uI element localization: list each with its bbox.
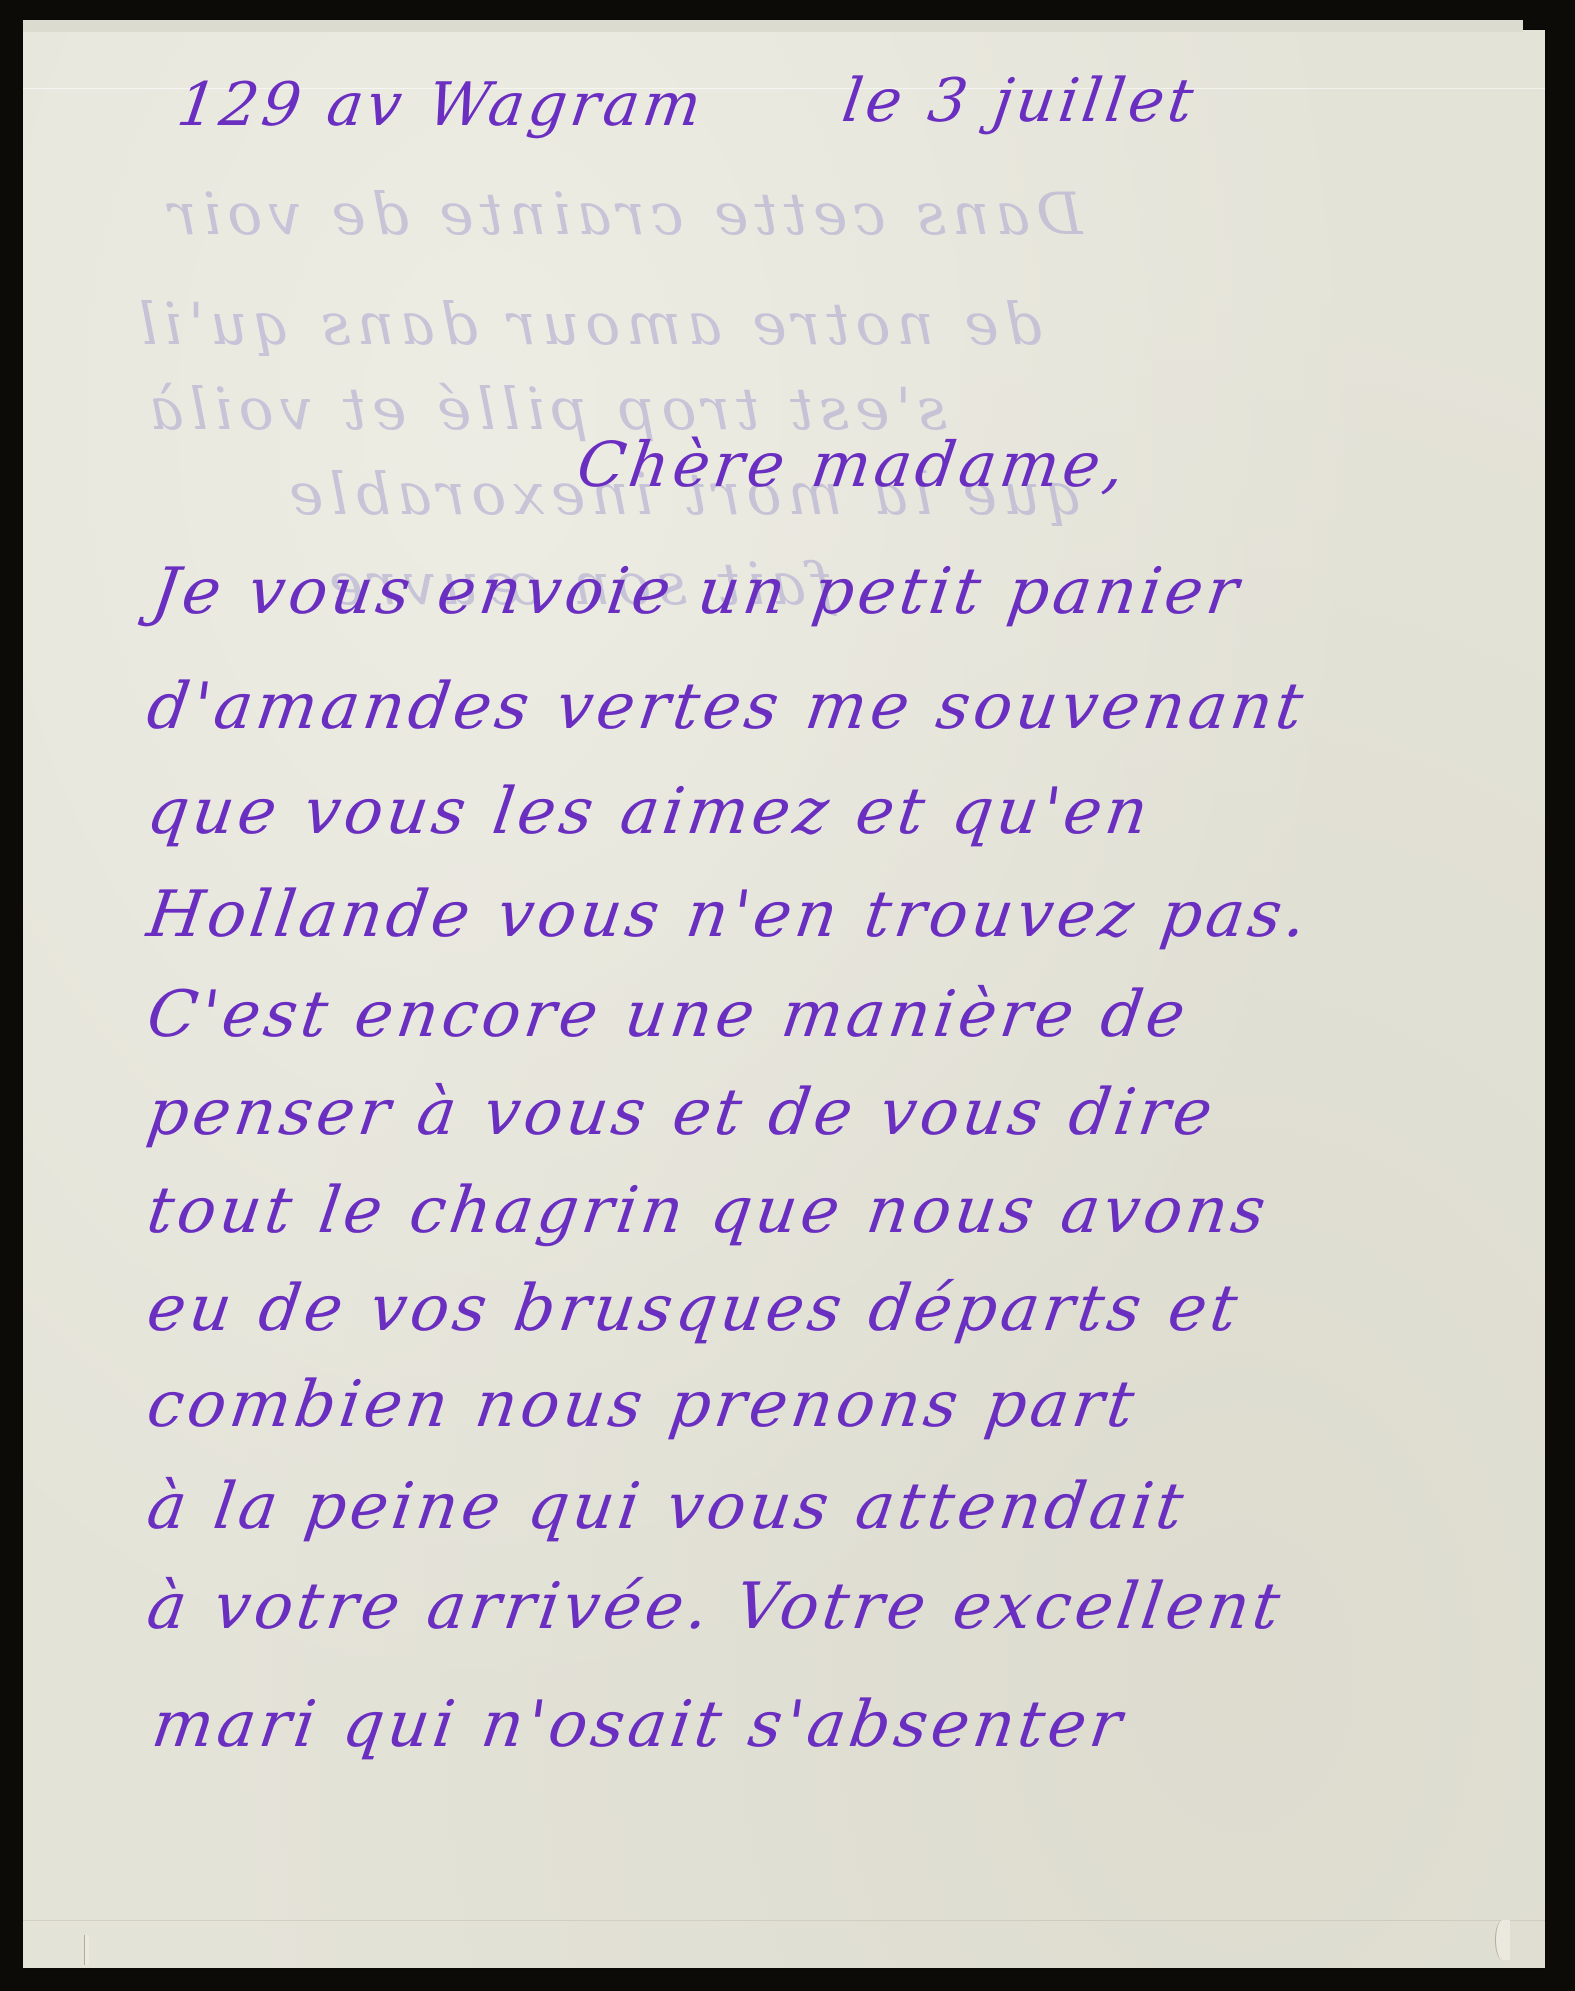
letter-body-line: à votre arrivée. Votre excellent xyxy=(143,1570,1288,1644)
bleed-through-text: Dans cette crainte de voir xyxy=(163,180,1082,248)
letter-body-line: penser à vous et de vous dire xyxy=(143,1076,1221,1150)
fold-crease-bottom xyxy=(23,1920,1545,1921)
paper-tear xyxy=(1495,1920,1510,1960)
letter-page: Dans cette crainte de voir de notre amou… xyxy=(23,30,1545,1968)
letter-body-line: que vous les aimez et qu'en xyxy=(143,775,1156,849)
bleed-through-text: de notre amour dans qu'il xyxy=(133,290,1042,358)
paper-tear xyxy=(84,1935,89,1965)
letter-salutation: Chère madame, xyxy=(573,428,1133,501)
letter-date: le 3 juillet xyxy=(838,66,1201,136)
letter-body-line: eu de vos brusques départs et xyxy=(143,1272,1246,1346)
letter-body-line: C'est encore une manière de xyxy=(143,978,1194,1052)
letter-address: 129 av Wagram xyxy=(173,70,709,140)
letter-body-line: Je vous envoie un petit panier xyxy=(148,555,1247,629)
letter-body-line: d'amandes vertes me souvenant xyxy=(143,670,1311,744)
page-top-edge xyxy=(23,20,1523,32)
letter-body-line: à la peine qui vous attendait xyxy=(143,1470,1192,1544)
scanned-letter: Dans cette crainte de voir de notre amou… xyxy=(0,0,1575,1991)
letter-body-line: mari qui n'osait s'absenter xyxy=(148,1688,1130,1762)
letter-body-line: Hollande vous n'en trouvez pas. xyxy=(143,878,1315,952)
letter-body-line: tout le chagrin que nous avons xyxy=(143,1174,1274,1248)
letter-body-line: combien nous prenons part xyxy=(143,1368,1143,1442)
